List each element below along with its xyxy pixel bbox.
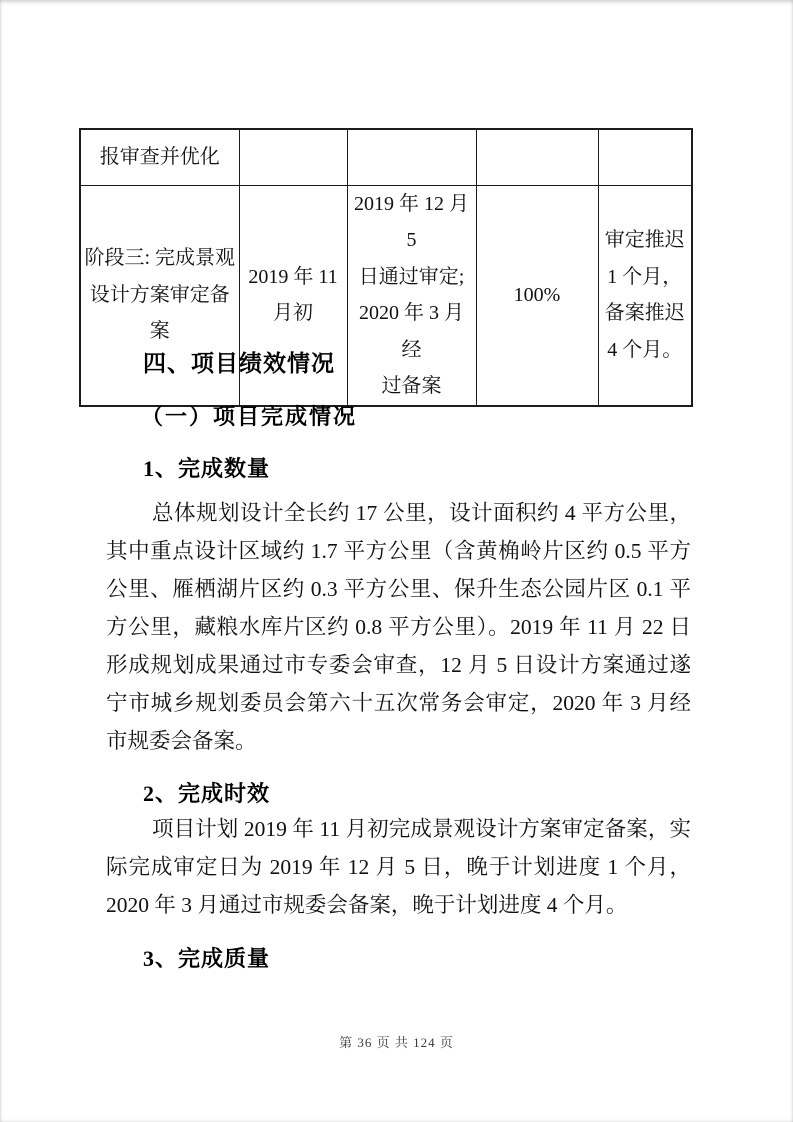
table-cell-actual-date: 2019 年 12 月 5 日通过审定; 2020 年 3 月经 过备案 xyxy=(347,185,476,406)
table-cell-empty xyxy=(598,129,692,185)
section-3-heading: 3、完成质量 xyxy=(143,945,270,973)
section-1-paragraph: 总体规划设计全长约 17 公里，设计面积约 4 平方公里，其中重点设计区域约 1… xyxy=(106,494,691,760)
table-cell-stage-continued: 报审查并优化 xyxy=(80,129,239,185)
table-cell-empty xyxy=(476,129,598,185)
table-cell-completion-rate: 100% xyxy=(476,185,598,406)
table-cell-delay-note: 审定推迟 1 个月， 备案推迟 4 个月。 xyxy=(598,185,692,406)
table-cell-empty xyxy=(347,129,476,185)
page-number-footer: 第 36 页 共 124 页 xyxy=(0,1032,793,1051)
table-cell-empty xyxy=(239,129,347,185)
section-1-heading: 1、完成数量 xyxy=(143,455,270,483)
section-2-heading: 2、完成时效 xyxy=(143,780,270,808)
table-row-continued: 报审查并优化 xyxy=(80,129,692,185)
document-page: 报审查并优化 阶段三: 完成景观 设计方案审定备 案 2019 年 11 月初 … xyxy=(0,0,793,1122)
subchapter-heading: （一）项目完成情况 xyxy=(141,403,357,431)
section-2-paragraph: 项目计划 2019 年 11 月初完成景观设计方案审定备案，实际完成审定日为 2… xyxy=(106,810,691,924)
chapter-heading: 四、项目绩效情况 xyxy=(143,349,335,377)
